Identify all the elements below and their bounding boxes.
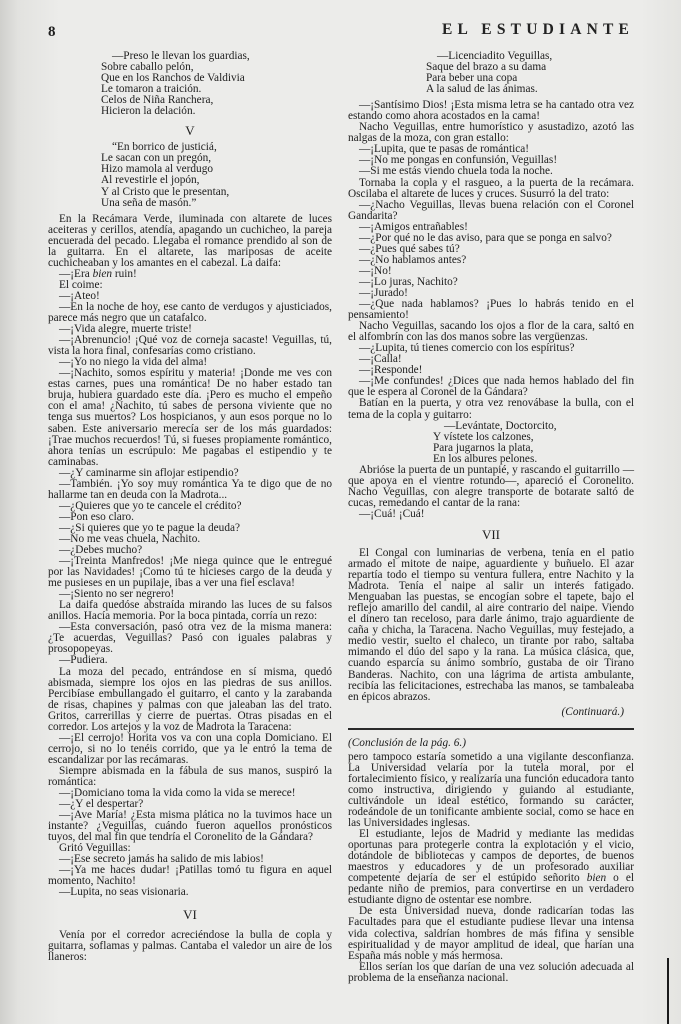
paragraph: —Si me estás viendo chuela toda la noche…	[348, 166, 634, 177]
paragraph: —Lupita, no seas visionaria.	[48, 887, 332, 898]
text-block: Abrióse la puerta de un puntapié, y rasc…	[348, 465, 634, 520]
paragraph: pero tampoco estaría sometido a una vigi…	[348, 752, 634, 829]
paragraph: —También. ¡Yo soy muy romántica Ya te di…	[48, 479, 332, 501]
text-block: Venía por el corredor acreciéndose la bu…	[48, 930, 332, 963]
divider-rule	[348, 728, 634, 730]
verse-line: A la salud de las ánimas.	[426, 84, 634, 95]
magazine-page: 8 EL ESTUDIANTE —Preso le llevan los gua…	[0, 0, 681, 1024]
verse-block: —Preso le llevan los guardias,Sobre caba…	[101, 51, 332, 117]
paragraph: El estudiante, lejos de Madrid y mediant…	[348, 829, 634, 906]
paragraph: —¡Santísimo Dios! ¡Esta misma letra se h…	[348, 100, 634, 122]
paragraph: Ellos serían los que darían de una vez s…	[348, 962, 634, 984]
paragraph: —¡Abrenuncio! ¡Qué voz de corneja sacast…	[48, 335, 332, 357]
section-heading-vi: VI	[48, 909, 332, 920]
paragraph: Abrióse la puerta de un puntapié, y rasc…	[348, 465, 634, 509]
verse-line: Y al Cristo que le presentan,	[101, 187, 332, 198]
masthead: EL ESTUDIANTE	[442, 21, 634, 39]
continued-note: (Continuará.)	[348, 707, 624, 718]
paragraph: —¡Cuá! ¡Cuá!	[348, 509, 634, 520]
page-number: 8	[48, 24, 56, 41]
paragraph: En la Recámara Verde, iluminada con alta…	[48, 214, 332, 269]
verse-line: —Levántate, Doctorcito,	[433, 421, 634, 432]
paragraph: —¡Treinta Manfredos! ¡Me niega quince qu…	[48, 556, 332, 589]
right-column: —Licenciadito Veguillas,Saque del brazo …	[348, 51, 634, 984]
page-edge-shadow	[667, 958, 669, 1024]
text-block: pero tampoco estaría sometido a una vigi…	[348, 752, 634, 984]
text-block: En la Recámara Verde, iluminada con alta…	[48, 214, 332, 899]
text-block: —¡Santísimo Dios! ¡Esta misma letra se h…	[348, 100, 634, 420]
paragraph: La daifa quedóse abstraída mirando las l…	[48, 600, 332, 622]
paragraph: El Congal con luminarias de verbena, ten…	[348, 548, 634, 703]
paragraph: —¡El cerrojo! Horita vos va con una copl…	[48, 733, 332, 766]
conclusion-note: (Conclusión de la pág. 6.)	[348, 738, 634, 749]
verse-block: —Levántate, Doctorcito,Y vístete los cal…	[433, 421, 634, 465]
paragraph: —Pudiera.	[48, 655, 332, 666]
section-heading-vii: VII	[348, 529, 634, 540]
paragraph: Nacho Veguillas, entre humorístico y asu…	[348, 122, 634, 144]
paragraph: —¡Me confundes! ¿Dices que nada hemos ha…	[348, 376, 634, 398]
paragraph: Siempre abismada en la fábula de sus man…	[48, 766, 332, 788]
paragraph: —¿Que nada hablamos? ¡Pues lo habrás ten…	[348, 299, 634, 321]
paragraph: De esta Universidad nueva, donde radicar…	[348, 906, 634, 961]
verse-block: “En borrico de justiciá,Le sacan con un …	[101, 142, 332, 208]
paragraph: —¿Nacho Veguillas, llevas buena relación…	[348, 200, 634, 222]
paragraph: —Esta conversación, pasó otra vez de la …	[48, 622, 332, 655]
verse-line: Al revestirle el jopón,	[101, 175, 332, 186]
paragraph: —¡Nachito, somos espíritu y materia! ¡Do…	[48, 368, 332, 467]
left-column: —Preso le llevan los guardias,Sobre caba…	[48, 51, 332, 963]
paragraph: Venía por el corredor acreciéndose la bu…	[48, 930, 332, 963]
paragraph: La moza del pecado, entrándose en sí mis…	[48, 667, 332, 733]
verse-line: Hicieron la delación.	[101, 106, 332, 117]
verse-block: —Licenciadito Veguillas,Saque del brazo …	[426, 51, 634, 95]
section-heading-v: V	[48, 125, 332, 136]
paragraph: —¡Ave María! ¿Esta misma plática no la t…	[48, 810, 332, 843]
paragraph: —¡Ya me haces dudar! ¡Patillas tomó tu f…	[48, 865, 332, 887]
verse-line: Una seña de masón.”	[101, 198, 332, 209]
verse-line: Y vístete los calzones,	[433, 432, 634, 443]
paragraph: Nacho Veguillas, sacando los ojos a flor…	[348, 321, 634, 343]
paragraph: Tornaba la copla y el rasgueo, a la puer…	[348, 178, 634, 200]
text-block: El Congal con luminarias de verbena, ten…	[348, 548, 634, 703]
paragraph: —En la noche de hoy, ese canto de verdug…	[48, 302, 332, 324]
paragraph: Batían en la puerta, y otra vez renovába…	[348, 398, 634, 420]
